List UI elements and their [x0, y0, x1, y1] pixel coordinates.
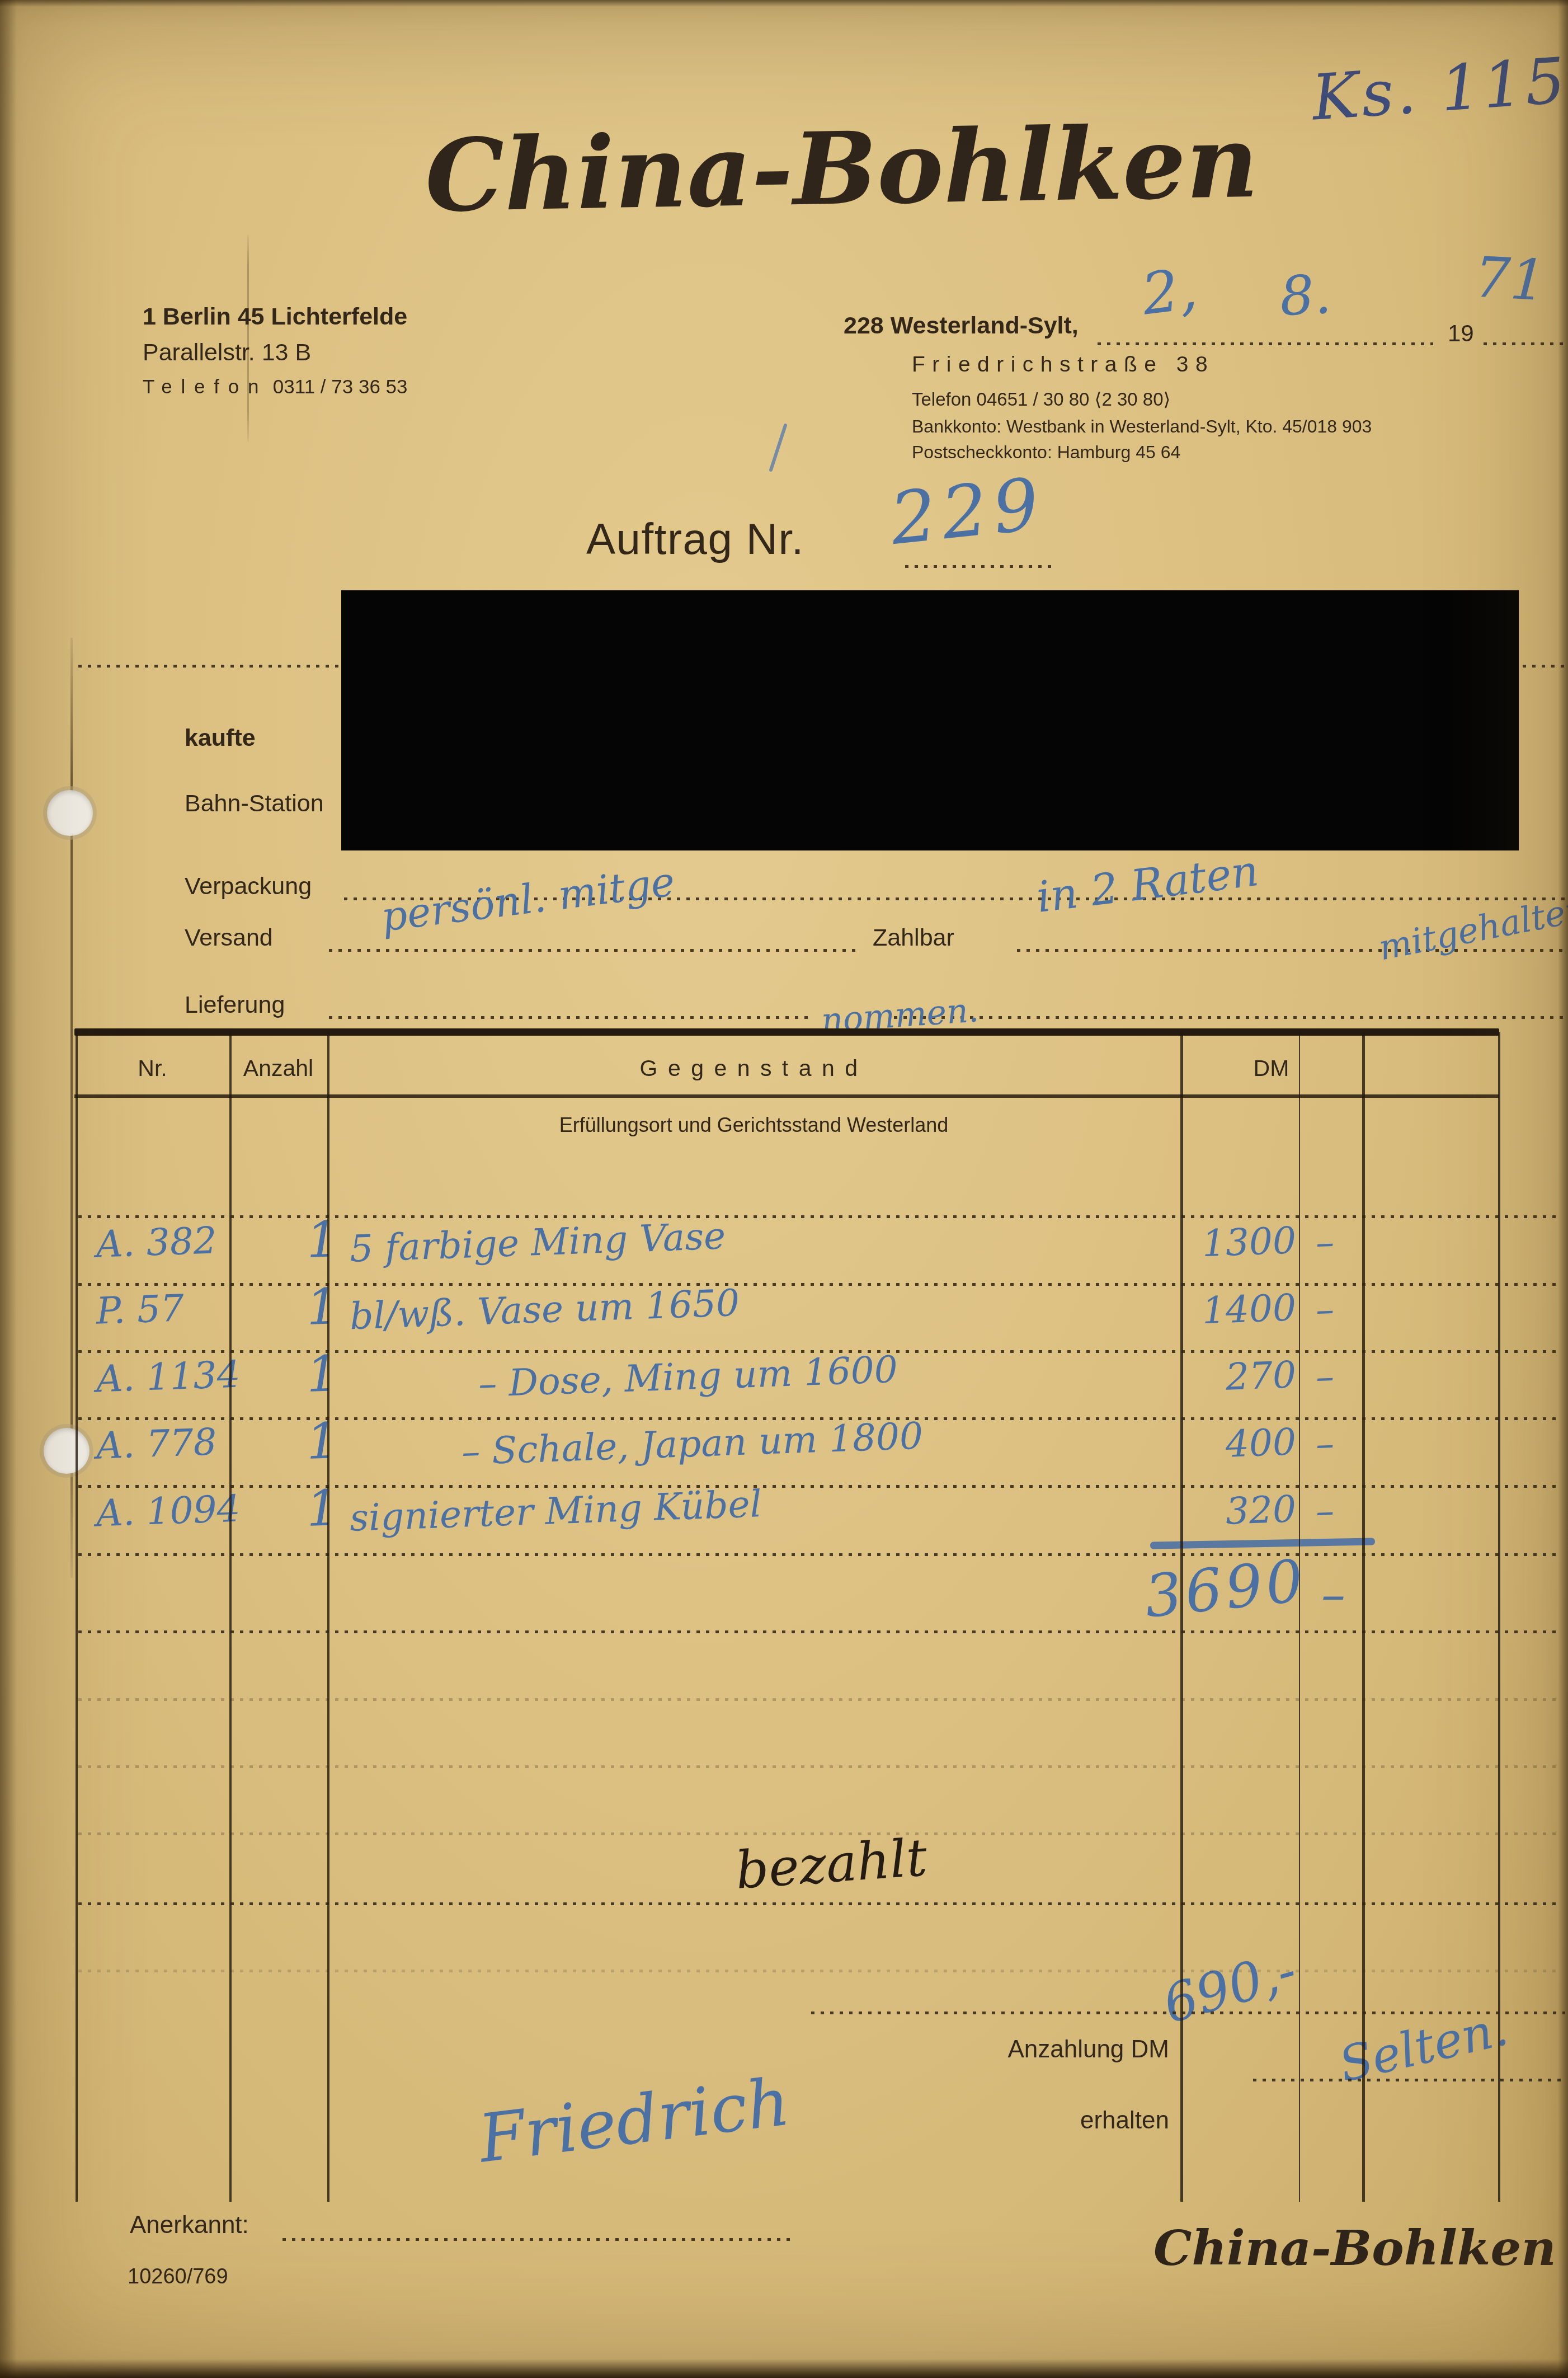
table-vertical-line [1498, 1032, 1500, 2202]
item-dm: 320 [1181, 1487, 1297, 1534]
footer-logo: China-Bohlken [1153, 2220, 1556, 2277]
item-gegenstand: 5 farbige Ming Vase [349, 1214, 727, 1270]
item-anzahl: 1 [305, 1210, 339, 1269]
label-kaufte: kaufte [185, 725, 256, 752]
address-right-street: Friedrichstraße 38 [912, 353, 1214, 377]
table-vertical-line [1362, 1032, 1365, 2202]
item-dm: 400 [1181, 1420, 1297, 1467]
scan-edge-top [0, 0, 1568, 7]
label-bahn-station: Bahn-Station [185, 790, 324, 817]
item-dm: 1300 [1181, 1219, 1297, 1266]
scan-edge-bottom [0, 2359, 1568, 2378]
item-nr: A. 778 [96, 1420, 218, 1467]
handwritten-total-dash: – [1321, 1567, 1345, 1623]
handwritten-date-year: 71 [1473, 245, 1547, 313]
handwritten-lieferung-note: persönl. mitge [379, 858, 677, 941]
item-anzahl: 1 [305, 1412, 339, 1470]
year-prefix: 19 [1448, 320, 1474, 347]
label-anerkannt: Anerkannt: [130, 2211, 249, 2239]
label-erhalten: erhalten [917, 2107, 1169, 2135]
table-dotted-line [78, 1485, 1561, 1488]
order-number-dotted-line [905, 565, 1055, 568]
handwritten-date-month: 8. [1278, 263, 1332, 328]
label-zahlbar: Zahlbar [873, 924, 954, 952]
table-dotted-line [78, 1765, 1561, 1768]
kassen-note: Ks. 115 [1310, 44, 1568, 135]
handwritten-order-number: 229 [887, 462, 1048, 561]
handwritten-total: 3690 [1141, 1546, 1310, 1631]
address-right-postal: Postscheckkonto: Hamburg 45 64 [912, 442, 1180, 463]
table-dotted-line [78, 1630, 1561, 1633]
item-pf-dash: – [1315, 1287, 1335, 1331]
label-verpackung: Verpackung [185, 873, 312, 900]
table-dotted-line [78, 1970, 1561, 1972]
item-nr: A. 382 [96, 1219, 218, 1266]
vertical-fold-crease-top [247, 235, 249, 442]
phone-number: 0311 / 73 36 53 [273, 376, 408, 398]
table-vertical-line [327, 1032, 329, 2202]
zahlbar-dotted [1017, 949, 1565, 952]
scanned-order-form: Ks. 115 China-Bohlken 1 Berlin 45 Lichte… [0, 0, 1568, 2378]
item-dm: 270 [1181, 1353, 1297, 1400]
item-anzahl: 1 [305, 1277, 339, 1336]
item-gegenstand: bl/wß. Vase um 1650 [349, 1281, 740, 1338]
stray-pen-mark [769, 423, 788, 472]
item-gegenstand: – Dose, Ming um 1600 [478, 1348, 898, 1406]
company-logo: China-Bohlken [424, 104, 1175, 234]
handwritten-signature: Friedrich [475, 2063, 794, 2178]
item-pf-dash: – [1315, 1422, 1335, 1465]
item-nr: A. 1094 [96, 1487, 241, 1535]
column-header-nr: Nr. [76, 1055, 229, 1082]
item-nr: P. 57 [96, 1286, 185, 1332]
lieferung-dotted-right [894, 1016, 1565, 1019]
erhalten-dotted-line [1253, 2079, 1565, 2081]
order-number-label: Auftrag Nr. [586, 514, 804, 565]
table-dotted-line [78, 1698, 1561, 1701]
jurisdiction-note: Erfüllungsort und Gerichtsstand Westerla… [327, 1113, 1180, 1137]
anzahlung-dotted-line [811, 2012, 1565, 2014]
table-dotted-line [78, 1350, 1561, 1353]
redaction-box [341, 590, 1519, 850]
address-right-city: 228 Westerland-Sylt, [844, 312, 1079, 340]
column-header-anzahl: Anzahl [229, 1055, 327, 1082]
item-pf-dash: – [1315, 1355, 1335, 1398]
table-header-underline [74, 1094, 1499, 1098]
table-vertical-line [1180, 1032, 1183, 2202]
label-anzahlung: Anzahlung DM [917, 2036, 1169, 2064]
punch-hole-top [47, 790, 93, 836]
scan-edge-left [0, 0, 17, 2378]
kaufte-dotted-left [78, 665, 338, 668]
table-dotted-line [78, 1832, 1561, 1835]
anerkannt-dotted [282, 2238, 792, 2241]
handwritten-zahlbar-note: in 2 Raten [1034, 845, 1261, 922]
item-anzahl: 1 [305, 1345, 339, 1403]
table-top-border [74, 1028, 1499, 1036]
item-pf-dash: – [1315, 1489, 1335, 1533]
table-vertical-line [76, 1032, 78, 2202]
table-vertical-line [1299, 1032, 1300, 2202]
handwritten-anzahlung-amount: 690,- [1157, 1940, 1303, 2036]
item-nr: A. 1134 [96, 1353, 241, 1401]
address-right-bank: Bankkonto: Westbank in Westerland-Sylt, … [912, 416, 1372, 437]
address-left-line2: Parallelstr. 13 B [143, 339, 311, 366]
table-dotted-line [78, 1553, 1561, 1556]
item-dm: 1400 [1181, 1286, 1297, 1333]
punch-hole-bottom [44, 1428, 90, 1474]
item-pf-dash: – [1315, 1220, 1335, 1264]
handwritten-bezahlt: bezahlt [734, 1827, 929, 1901]
table-dotted-line [78, 1283, 1561, 1286]
label-lieferung: Lieferung [185, 991, 285, 1019]
scan-edge-right [1558, 0, 1568, 2378]
address-left-line1: 1 Berlin 45 Lichterfelde [143, 303, 407, 331]
column-header-dm: DM [1180, 1055, 1362, 1082]
form-number: 10260/769 [128, 2265, 228, 2289]
item-gegenstand: – Schale, Japan um 1800 [461, 1414, 924, 1474]
lieferung-dotted-left [329, 1016, 810, 1019]
item-gegenstand: signierter Ming Kübel [349, 1482, 762, 1540]
table-dotted-line [78, 1417, 1561, 1420]
address-right-phone: Telefon 04651 / 30 80 ⟨2 30 80⟩ [912, 388, 1170, 410]
label-versand: Versand [185, 924, 273, 952]
year-dotted-line [1484, 342, 1565, 345]
address-left-phone: Telefon 0311 / 73 36 53 [143, 376, 408, 398]
column-header-gegenstand: Gegenstand [327, 1055, 1180, 1082]
phone-label: Telefon [143, 376, 267, 398]
total-underline [1150, 1538, 1375, 1549]
kaufte-dotted-right [1523, 665, 1565, 668]
table-dotted-line [78, 1215, 1561, 1218]
handwritten-date-day: 2, [1138, 256, 1200, 328]
date-dotted-line [1098, 342, 1433, 345]
table-dotted-line [78, 1902, 1561, 1905]
versand-dotted [329, 949, 861, 952]
table-vertical-line [229, 1032, 232, 2202]
